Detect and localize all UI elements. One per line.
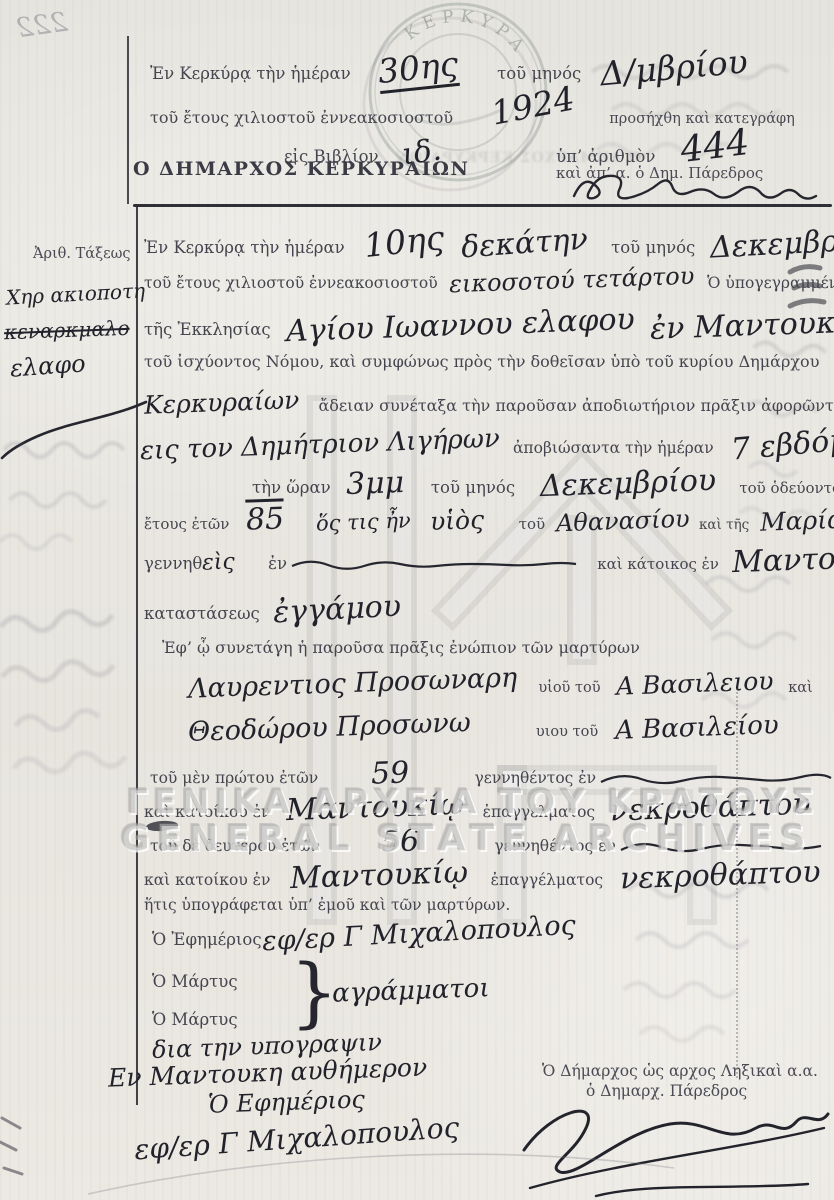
header-title: Ο ΔΗΜΑΡΧΟΣ ΚΕΡΚΥΡΑΙΩΝ [133,158,469,180]
handwritten-marital-status: ἐγγάμου [272,589,402,631]
mayor-capacity-line: Ὁ Δήμαρχος ὡς αρχος Ληξικαὶ α.α. [542,1062,818,1080]
body-line-1: Ἐν Κερκύρᾳ τὴν ἡμέραν 10ης δεκάτην τοῦ μ… [144,222,834,261]
body-line-10: καταστάσεως ἐγγάμου [144,592,401,627]
handwritten-witness1-name: Λαυρεντιος Προσωναρη [188,662,518,704]
handwritten-hour: 3μμ [345,465,404,502]
handwritten-witness2-name: Θεοδώρου Προσωνω [188,707,472,748]
printed-label: Ἐν Κερκύρᾳ τὴν ἡμέραν [150,64,351,83]
margin-note-line: ελαφο [9,349,86,382]
margin-note-line-struck: κεναρκμαλο [4,316,130,344]
printed-text: τοῦ [519,515,545,533]
corner-number: 222 [14,7,69,45]
printed-text: καταστάσεως [144,604,260,623]
printed-text: τὴν ὥραν [252,478,331,497]
handwritten-suffix: εὶς [202,549,236,575]
witness1-label: Ὁ Μάρτυς [152,972,238,991]
bleedthrough-scribble [735,327,834,533]
bleedthrough-scribble [620,870,820,1050]
bleedthrough-scribble [0,593,149,787]
edge-marks [0,1112,30,1182]
handwritten-son: υἱὸς [429,505,484,536]
printed-text: Ἐν Κερκύρᾳ τὴν ἡμέραν [144,238,345,257]
blank-field-squiggle [292,557,582,573]
bleedthrough-scribble [700,560,830,740]
handwritten-month: Δ/μβρίου [599,42,750,94]
handwritten-father-name: Αθανασίου [556,505,691,538]
handwritten-day: 30ης [376,44,460,94]
handwritten-deceased-name: εις τον Δημήτριον Λιγήρων [140,424,501,467]
handwritten-text: ὅς τις ἦν [315,508,410,535]
printed-text: υἱοῦ τοῦ [538,680,600,696]
body-line-11: Ἐφ’ ᾧ συνετάγη ἡ παροῦσα πρᾶξις ἐνώπιον … [162,638,640,657]
header-line-1: Ἐν Κερκύρᾳ τὴν ἡμέραν 30ης τοῦ μηνός Δ/μ… [150,48,748,90]
printed-text: ἔτους ἐτῶν [144,515,229,533]
printed-text: καὶ κατοίκου ἐν [144,871,270,889]
header-line-2: τοῦ ἔτους χιλιοστοῦ ἐννεακοσιοστοῦ 1924 … [150,92,795,131]
header-vertical-rule [127,36,129,204]
body-line-2: τοῦ ἔτους χιλιοστοῦ ἐννεακοσιοστοῦ εικοσ… [144,266,834,294]
watermark-line-2: GENERAL STATE ARCHIVES [120,818,812,859]
handwritten-month: Δεκεμβρίου [540,463,717,504]
printed-text: τοῦ μηνός [611,238,695,257]
bleedthrough-scribble [0,430,130,560]
handwritten-residence: Μαντουκίῳ [289,855,468,896]
body-line-13: Θεοδώρου Προσωνω υιου τοῦ Α Βασιλείου [188,712,779,743]
watermark-line-1: ΓΕΝΙΚΑ ΑΡΧΕΙΑ ΤΟΥ ΚΡΑΤΟΥΣ [126,782,819,822]
margin-note-line: Χηρ ακιοποτη [5,278,145,309]
printed-label: προσήχθη καὶ κατεγράφη [609,111,795,127]
witness2-label: Ὁ Μάρτυς [152,1010,238,1029]
body-line-18: ἥτις ὑπογράφεται ὑπ’ ἐμοῦ καὶ τῶν μαρτύρ… [144,896,510,914]
handwritten-year-words: εικοσοτού τετάρτου [448,262,694,299]
printed-label: τοῦ ἔτους χιλιοστοῦ ἐννεακοσιοστοῦ [150,108,453,127]
body-line-6: εις τον Δημήτριον Λιγήρων ἀποβιώσαντα τὴ… [140,426,834,461]
margin-label: Ἀριθ. Τάξεως [33,246,131,262]
printed-text: ἐν [268,554,287,573]
paredros-signature-flourish [570,148,830,218]
body-line-8: ἔτους ἐτῶν 85 ὅς τις ἦν υἱὸς τοῦ Αθανασί… [144,502,834,537]
printed-text: τῆς Ἐκκλησίας [144,320,271,339]
section-divider-rule [133,204,832,207]
printed-text: ἀποβιώσαντα τὴν ἡμέραν [513,439,714,457]
scanned-document-page: 222 ΚΕΡΚΥΡΑ Ο ΔΗΜΑΡΧΟΣ ΚΕΡΚΥΡΑΙΩΝ Ἐν Κερ… [0,0,834,1200]
handwritten-kerkyraion: Κερκυραίων [144,385,300,419]
printed-text: υιου τοῦ [536,724,598,740]
handwritten-day: 10ης [362,218,446,265]
illiterate-note: αγράμματοι [332,973,490,1008]
body-line-5: Κερκυραίων ἄδειαν συνέταξα τὴν παροῦσαν … [144,388,834,417]
priest-label: Ὁ Ἐφημέριος [152,930,262,949]
printed-text: Ὁ ὑπογεγραμμένος Ἐφημέριος [707,274,834,292]
printed-text: ἐπαγγέλματος [491,871,603,889]
printed-text: τοῦ ἔτους χιλιοστοῦ ἐννεακοσιοστοῦ [144,274,438,292]
handwritten-day-word: δεκάτην [460,222,589,266]
body-line-4: τοῦ ἰσχύοντος Νόμου, καὶ συμφώνως πρὸς τ… [144,352,819,371]
handwritten-age: 85 [246,501,285,537]
body-line-3: τῆς Ἐκκλησίας Αγίου Ιωαννου ελαφου ἐν Μα… [144,308,834,343]
handwritten-church: Αγίου Ιωαννου ελαφου [285,302,635,349]
priest-label-handwritten: Ὁ Εφημέριος [208,1085,366,1118]
paper-crease [88,1128,678,1200]
printed-text: γεννηθ [144,554,202,573]
handwritten-month: Δεκεμβρίου [710,221,834,265]
printed-text: τοῦ μηνός [431,478,515,497]
